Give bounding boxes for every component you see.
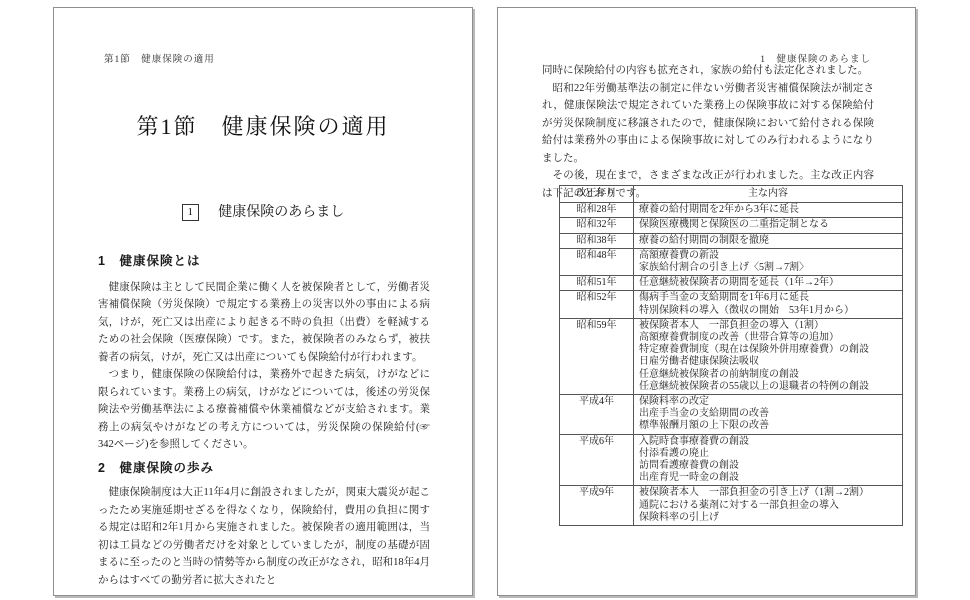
content-line: 日雇労働者健康保険法吸収 — [639, 356, 897, 368]
page-left: 第1節 健康保険の適用 第1節 健康保険の適用 1 健康保険のあらまし 1 健康… — [53, 7, 473, 596]
content-line: 保険料率の引上げ — [639, 512, 897, 524]
content-line: 高額療養費制度の改善（世帯合算等の追加） — [639, 332, 897, 344]
paragraph: 健康保険は主として民間企業に働く人を被保険者として，労働者災害補償保険（労災保険… — [98, 279, 430, 367]
table-row: 平成6年入院時食事療養費の創設付添看護の廃止訪問看護療養費の創設出産育児一時金の… — [560, 434, 903, 486]
content-line: 出産育児一時金の創設 — [639, 472, 897, 484]
year-cell: 昭和38年 — [560, 233, 634, 248]
content-line: 任意継続被保険者の前納制度の創設 — [639, 369, 897, 381]
subsection-heading-1: 1 健康保険とは — [98, 253, 430, 271]
year-cell: 昭和28年 — [560, 203, 634, 218]
running-header-left: 第1節 健康保険の適用 — [104, 51, 215, 65]
content-line: 標準報酬月額の上下限の改善 — [639, 420, 897, 432]
table-row: 昭和28年療養の給付期間を2年から3年に延長 — [560, 203, 903, 218]
year-cell: 平成6年 — [560, 434, 634, 486]
content-cell: 任意継続被保険者の期間を延長（1年→2年） — [634, 276, 903, 291]
section-heading: 1 健康保険のあらまし — [54, 201, 472, 221]
content-cell: 療養の給付期間を2年から3年に延長 — [634, 203, 903, 218]
content-line: 保険医療機関と保険医の二重指定制となる — [639, 219, 897, 231]
content-cell: 入院時食事療養費の創設付添看護の廃止訪問看護療養費の創設出産育児一時金の創設 — [634, 434, 903, 486]
content-line: 通院における薬剤に対する一部負担金の導入 — [639, 500, 897, 512]
content-line: 訪問看護療養費の創設 — [639, 460, 897, 472]
content-line: 療養の給付期間を2年から3年に延長 — [639, 204, 897, 216]
table-row: 平成9年被保険者本人 一部負担金の引き上げ（1割→2割）通院における薬剤に対する… — [560, 486, 903, 526]
section-number-box: 1 — [182, 204, 199, 221]
paragraph: 昭和22年労働基準法の制定に伴ない労働者災害補償保険法が制定され，健康保険法で規… — [542, 80, 874, 168]
content-line: 傷病手当金の支給期間を1年6月に延長 — [639, 292, 897, 304]
year-cell: 昭和48年 — [560, 248, 634, 275]
content-line: 被保険者本人 一部負担金の導入（1割） — [639, 320, 897, 332]
table-row: 昭和52年傷病手当金の支給期間を1年6月に延長特別保険料の導入（徴収の開始 53… — [560, 291, 903, 318]
section-heading-label: 健康保険のあらまし — [218, 205, 344, 220]
content-cell: 被保険者本人 一部負担金の導入（1割）高額療養費制度の改善（世帯合算等の追加）特… — [634, 318, 903, 394]
right-page-body: 同時に保険給付の内容も拡充され，家族の給付も法定化されました。 昭和22年労働基… — [542, 62, 874, 202]
content-cell: 被保険者本人 一部負担金の引き上げ（1割→2割）通院における薬剤に対する一部負担… — [634, 486, 903, 526]
subsection-heading-2: 2 健康保険の歩み — [98, 460, 430, 478]
content-line: 特別保険料の導入（徴収の開始 53年1月から） — [639, 305, 897, 317]
content-line: 保険料率の改定 — [639, 396, 897, 408]
content-cell: 保険医療機関と保険医の二重指定制となる — [634, 218, 903, 233]
document-title: 第1節 健康保険の適用 — [54, 110, 472, 141]
table-header-content: 主な内容 — [634, 186, 903, 203]
year-cell: 昭和59年 — [560, 318, 634, 394]
left-page-body: 1 健康保険とは 健康保険は主として民間企業に働く人を被保険者として，労働者災害… — [98, 253, 430, 589]
content-line: 任意継続被保険者の期間を延長（1年→2年） — [639, 277, 897, 289]
table-row: 平成4年保険料率の改定出産手当金の支給期間の改善標準報酬月額の上下限の改善 — [560, 395, 903, 435]
paragraph: つまり，健康保険の保険給付は，業務外で起きた病気，けがなどに限られています。業務… — [98, 366, 430, 454]
table-header-year: 改正年月 — [560, 186, 634, 203]
content-line: 入院時食事療養費の創設 — [639, 436, 897, 448]
revision-table-body: 昭和28年療養の給付期間を2年から3年に延長昭和32年保険医療機関と保険医の二重… — [560, 203, 903, 526]
content-cell: 傷病手当金の支給期間を1年6月に延長特別保険料の導入（徴収の開始 53年1月から… — [634, 291, 903, 318]
table-row: 昭和59年被保険者本人 一部負担金の導入（1割）高額療養費制度の改善（世帯合算等… — [560, 318, 903, 394]
table-row: 昭和51年任意継続被保険者の期間を延長（1年→2年） — [560, 276, 903, 291]
table-header-row: 改正年月 主な内容 — [560, 186, 903, 203]
content-line: 出産手当金の支給期間の改善 — [639, 408, 897, 420]
table-row: 昭和32年保険医療機関と保険医の二重指定制となる — [560, 218, 903, 233]
year-cell: 昭和52年 — [560, 291, 634, 318]
content-line: 任意継続被保険者の55歳以上の退職者の特例の創設 — [639, 381, 897, 393]
content-line: 被保険者本人 一部負担金の引き上げ（1割→2割） — [639, 487, 897, 499]
content-line: 付添看護の廃止 — [639, 448, 897, 460]
content-cell: 保険料率の改定出産手当金の支給期間の改善標準報酬月額の上下限の改善 — [634, 395, 903, 435]
content-cell: 療養の給付期間の制限を撤廃 — [634, 233, 903, 248]
table-row: 昭和38年療養の給付期間の制限を撤廃 — [560, 233, 903, 248]
revision-table: 改正年月 主な内容 昭和28年療養の給付期間を2年から3年に延長昭和32年保険医… — [559, 185, 903, 526]
content-line: 高額療養費の新設 — [639, 250, 897, 262]
content-cell: 高額療養費の新設家族給付割合の引き上げ〈5割→7割〉 — [634, 248, 903, 275]
content-line: 特定療養費制度（現在は保険外併用療養費）の創設 — [639, 344, 897, 356]
paragraph: 同時に保険給付の内容も拡充され，家族の給付も法定化されました。 — [542, 62, 874, 80]
table-row: 昭和48年高額療養費の新設家族給付割合の引き上げ〈5割→7割〉 — [560, 248, 903, 275]
content-line: 療養の給付期間の制限を撤廃 — [639, 235, 897, 247]
year-cell: 昭和32年 — [560, 218, 634, 233]
paragraph: 健康保険制度は大正11年4月に創設されましたが，関東大震災が起こったため実施延期… — [98, 484, 430, 589]
year-cell: 平成9年 — [560, 486, 634, 526]
year-cell: 平成4年 — [560, 395, 634, 435]
content-line: 家族給付割合の引き上げ〈5割→7割〉 — [639, 262, 897, 274]
page-right: 1 健康保険のあらまし 同時に保険給付の内容も拡充され，家族の給付も法定化されま… — [497, 7, 916, 596]
year-cell: 昭和51年 — [560, 276, 634, 291]
